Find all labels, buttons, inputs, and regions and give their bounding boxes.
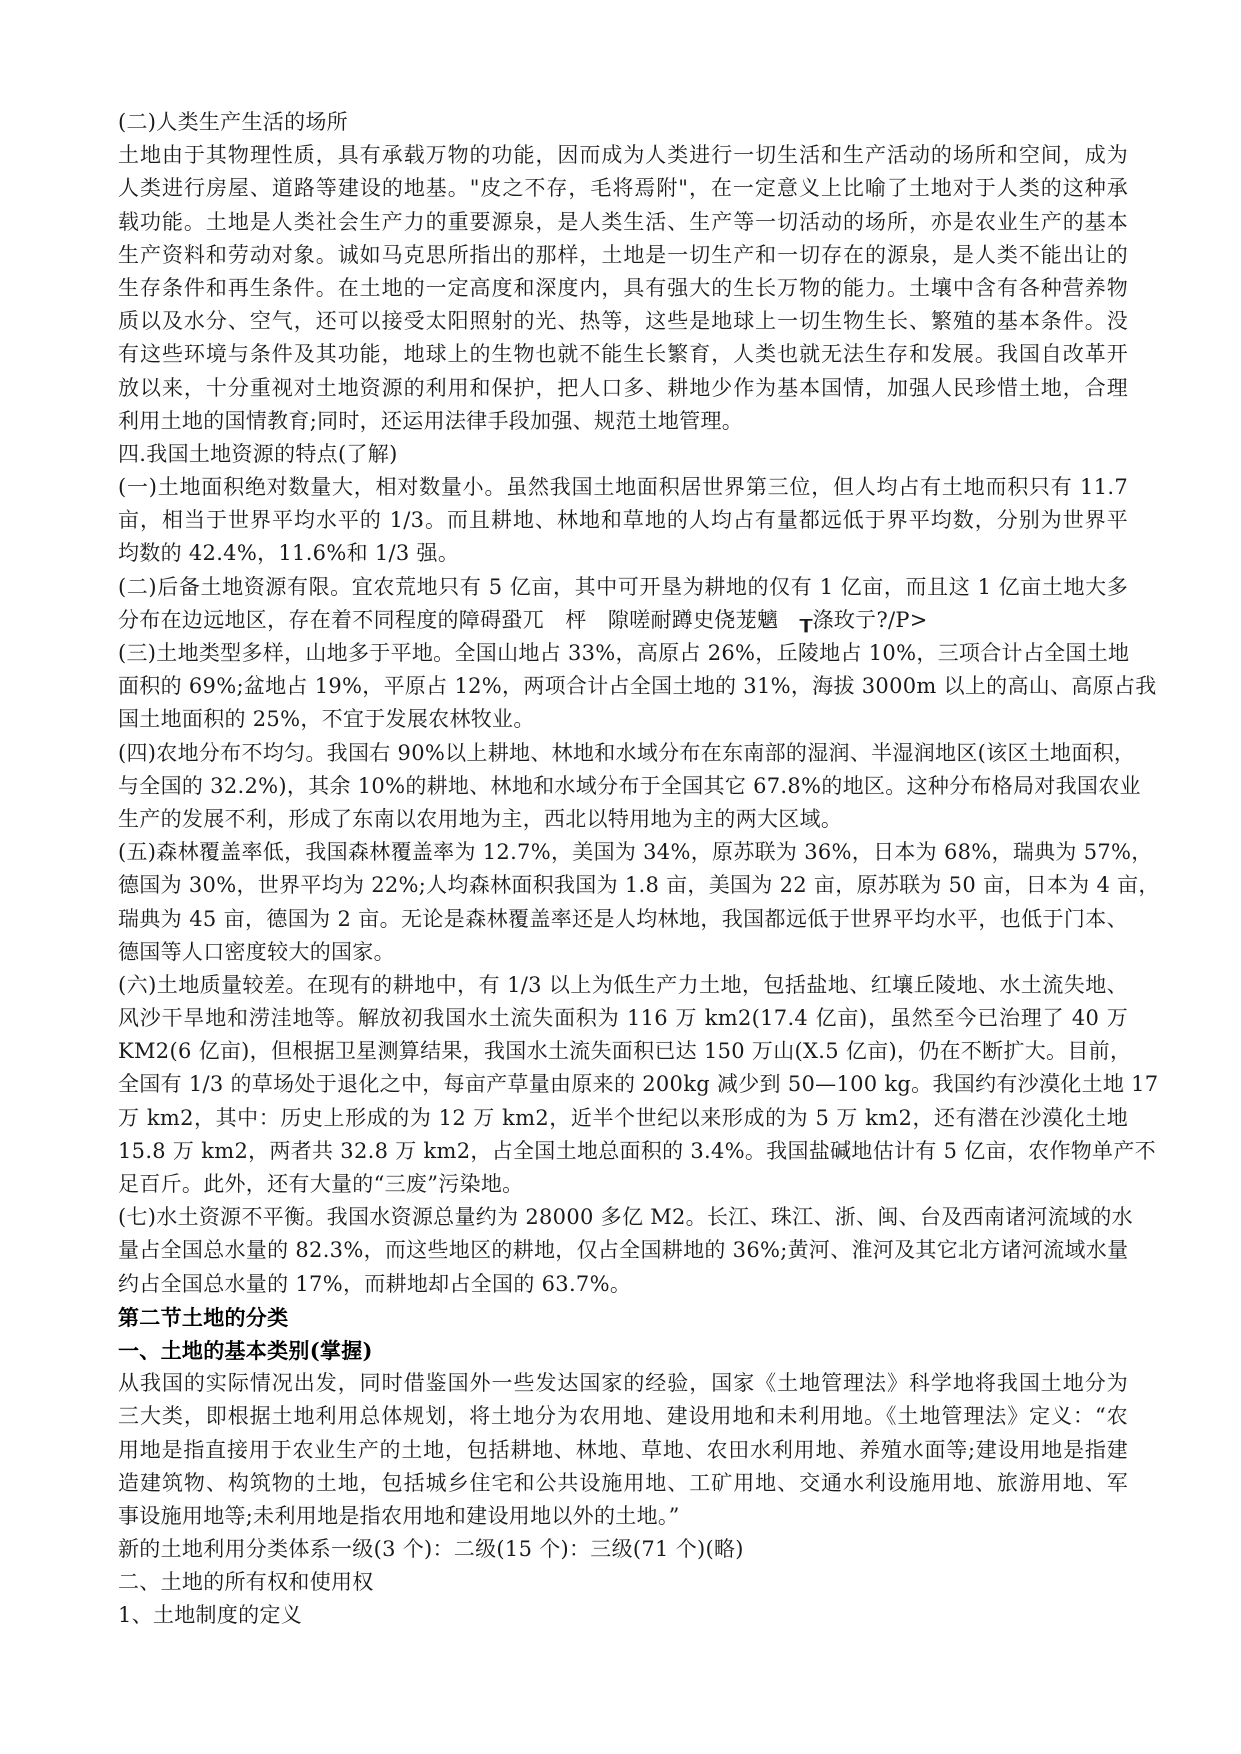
- paragraph-line: (五)森林覆盖率低，我国森林覆盖率为 12.7%，美国为 34%，原苏联为 36…: [118, 836, 1128, 869]
- section-heading: 1、土地制度的定义: [118, 1599, 1128, 1632]
- paragraph-line: 德国等人口密度较大的国家。: [118, 936, 1128, 969]
- paragraph-line: 风沙干旱地和涝洼地等。解放初我国水土流失面积为 116 万 km2(17.4 亿…: [118, 1002, 1128, 1035]
- paragraph-line: (二)后备土地资源有限。宜农荒地只有 5 亿亩，其中可开垦为耕地的仅有 1 亿亩…: [118, 571, 1128, 604]
- paragraph-line: 与全国的 32.2%)，其余 10%的耕地、林地和水域分布于全国其它 67.8%…: [118, 770, 1128, 803]
- paragraph-line: 放以来，十分重视对土地资源的利用和保护，把人口多、耕地少作为基本国情，加强人民珍…: [118, 372, 1128, 405]
- paragraph-line: 土地由于其物理性质，具有承载万物的功能，因而成为人类进行一切生活和生产活动的场所…: [118, 139, 1128, 172]
- paragraph-line: (七)水土资源不平衡。我国水资源总量约为 28000 多亿 M2。长江、珠江、浙…: [118, 1201, 1128, 1234]
- paragraph-line: 生存条件和再生条件。在土地的一定高度和深度内，具有强大的生长万物的能力。土壤中含…: [118, 272, 1128, 305]
- paragraph-line: 生产资料和劳动对象。诚如马克思所指出的那样，土地是一切生产和一切存在的源泉，是人…: [118, 239, 1128, 272]
- paragraph-line: 量占全国总水量的 82.3%，而这些地区的耕地，仅占全国耕地的 36%;黄河、淮…: [118, 1234, 1128, 1267]
- paragraph-line: 用地是指直接用于农业生产的土地，包括耕地、林地、草地、农田水利用地、养殖水面等;…: [118, 1434, 1128, 1467]
- paragraph-line: (六)土地质量较差。在现有的耕地中，有 1/3 以上为低生产力土地，包括盐地、红…: [118, 969, 1128, 1002]
- section-heading: 一、土地的基本类别(掌握): [118, 1334, 1128, 1367]
- section-heading: 第二节土地的分类: [118, 1301, 1128, 1334]
- paragraph-line: 亩，相当于世界平均水平的 1/3。而且耕地、林地和草地的人均占有量都远低于界平均…: [118, 504, 1128, 537]
- paragraph-line: 均数的 42.4%，11.6%和 1/3 强。: [118, 537, 1128, 570]
- paragraph-line: 万 km2，其中：历史上形成的为 12 万 km2，近半个世纪以来形成的为 5 …: [118, 1102, 1128, 1135]
- section-heading: 四.我国土地资源的特点(了解): [118, 438, 1128, 471]
- paragraph-line: 人类进行房屋、道路等建设的地基。"皮之不存，毛将焉附"，在一定意义上比喻了土地对…: [118, 172, 1128, 205]
- section-heading: (二)人类生产生活的场所: [118, 106, 1128, 139]
- paragraph-line: 分布在边远地区，存在着不同程度的障碍蛩兀 枰 隙嗟耐蹲史侥茏魑 ┰涤玫亍?/P>: [118, 604, 1128, 637]
- paragraph-line: 足百斤。此外，还有大量的“三废”污染地。: [118, 1168, 1128, 1201]
- paragraph-line: 质以及水分、空气，还可以接受太阳照射的光、热等，这些是地球上一切生物生长、繁殖的…: [118, 305, 1128, 338]
- section-heading: 二、土地的所有权和使用权: [118, 1566, 1128, 1599]
- paragraph-line: 约占全国总水量的 17%，而耕地却占全国的 63.7%。: [118, 1268, 1128, 1301]
- paragraph-line: 造建筑物、构筑物的土地，包括城乡住宅和公共设施用地、工矿用地、交通水利设施用地、…: [118, 1467, 1128, 1500]
- paragraph-line: (四)农地分布不均匀。我国右 90%以上耕地、林地和水域分布在东南部的湿润、半湿…: [118, 737, 1128, 770]
- paragraph-line: KM2(6 亿亩)，但根据卫星测算结果，我国水土流失面积已达 150 万山(X.…: [118, 1035, 1128, 1068]
- paragraph-line: (三)土地类型多样，山地多于平地。全国山地占 33%，高原占 26%，丘陵地占 …: [118, 637, 1128, 670]
- paragraph-line: 从我国的实际情况出发，同时借鉴国外一些发达国家的经验，国家《土地管理法》科学地将…: [118, 1367, 1128, 1400]
- paragraph-line: 利用土地的国情教育;同时，还运用法律手段加强、规范土地管理。: [118, 405, 1128, 438]
- paragraph-line: (一)土地面积绝对数量大，相对数量小。虽然我国土地面积居世界第三位，但人均占有土…: [118, 471, 1128, 504]
- paragraph-line: 生产的发展不利，形成了东南以农用地为主，西北以特用地为主的两大区域。: [118, 803, 1128, 836]
- paragraph-line: 15.8 万 km2，两者共 32.8 万 km2，占全国土地总面积的 3.4%…: [118, 1135, 1128, 1168]
- paragraph-line: 瑞典为 45 亩，德国为 2 亩。无论是森林覆盖率还是人均林地，我国都远低于世界…: [118, 903, 1128, 936]
- paragraph-line: 有这些环境与条件及其功能，地球上的生物也就不能生长繁育，人类也就无法生存和发展。…: [118, 338, 1128, 371]
- paragraph-line: 全国有 1/3 的草场处于退化之中，每亩产草量由原来的 200kg 减少到 50…: [118, 1068, 1128, 1101]
- paragraph-line: 载功能。土地是人类社会生产力的重要源泉，是人类生活、生产等一切活动的场所，亦是农…: [118, 206, 1128, 239]
- paragraph-line: 德国为 30%，世界平均为 22%;人均森林面积我国为 1.8 亩，美国为 22…: [118, 869, 1128, 902]
- paragraph-line: 新的土地利用分类体系一级(3 个)：二级(15 个)：三级(71 个)(略): [118, 1533, 1128, 1566]
- document-page: (二)人类生产生活的场所土地由于其物理性质，具有承载万物的功能，因而成为人类进行…: [118, 106, 1128, 1633]
- paragraph-line: 面积的 69%;盆地占 19%，平原占 12%，两项合计占全国土地的 31%，海…: [118, 670, 1128, 703]
- paragraph-line: 三大类，即根据土地利用总体规划，将土地分为农用地、建设用地和未利用地。《土地管理…: [118, 1400, 1128, 1433]
- paragraph-line: 国土地面积的 25%，不宜于发展农林牧业。: [118, 703, 1128, 736]
- paragraph-line: 事设施用地等;未利用地是指农用地和建设用地以外的土地。”: [118, 1500, 1128, 1533]
